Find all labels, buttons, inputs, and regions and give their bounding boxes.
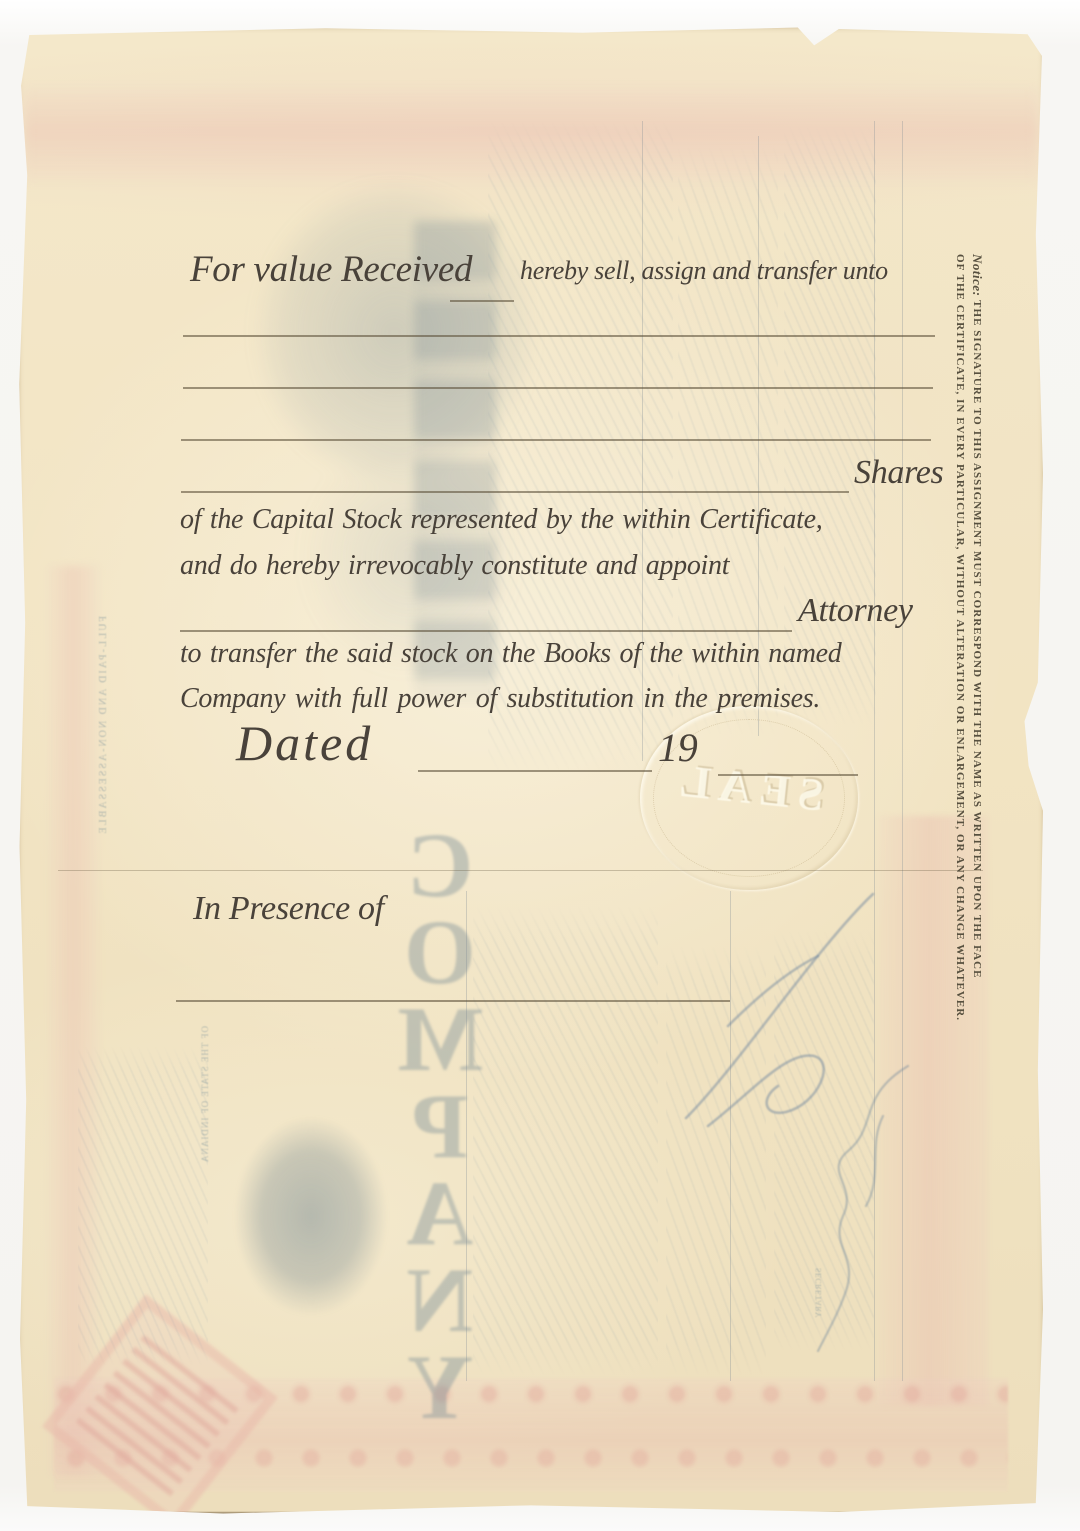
notice-line1-text: THE SIGNATURE TO THIS ASSIGNMENT MUST CO…	[971, 296, 983, 978]
attorney-blank-line	[180, 630, 792, 632]
witness-label: In Presence of	[193, 890, 384, 928]
bleed-officer-signature-mirrored	[788, 1056, 928, 1366]
assignment-body-line2: and do hereby irrevocably constitute and…	[180, 550, 729, 582]
assignee-name-blank-short	[450, 300, 514, 302]
bleed-handwriting-column	[78, 1046, 208, 1366]
bleed-state-text-mirrored: OF THE STATE OF INDIANA	[200, 1026, 210, 1286]
dated-blank-line	[418, 770, 652, 772]
bleed-seal-vignette	[222, 1100, 400, 1332]
bleed-company-name-mirrored: COMPANY	[384, 822, 496, 1431]
assignee-write-line	[183, 387, 933, 389]
section-divider-rule	[58, 870, 983, 871]
bleed-corner-cartouche	[42, 1294, 278, 1530]
scanned-certificate-back: { "assignment": { "opening_left": "For v…	[0, 0, 1080, 1531]
signature-notice: Notice: THE SIGNATURE TO THIS ASSIGNMENT…	[944, 254, 986, 1044]
assignment-opening-right: hereby sell, assign and transfer unto	[520, 256, 888, 286]
assignment-body-line3: to transfer the said stock on the Books …	[180, 638, 841, 670]
bleed-handwriting-column	[473, 906, 658, 1376]
bleed-left-border-band	[48, 566, 98, 1476]
attorney-label: Attorney	[798, 592, 913, 630]
assignment-body-line4: Company with full power of substitution …	[180, 683, 820, 715]
bleed-handwriting-column	[488, 121, 673, 771]
year-blank-line	[718, 774, 858, 776]
notice-line1: Notice: THE SIGNATURE TO THIS ASSIGNMENT…	[968, 254, 986, 1044]
notice-prefix: Notice:	[970, 254, 985, 296]
assignment-body-line1: of the Capital Stock represented by the …	[180, 504, 822, 536]
bleed-handwriting-column	[784, 126, 876, 726]
bleed-column-rule	[466, 891, 467, 1381]
bleed-left-edge-text-mirrored: FULL-PAID AND NON-ASSESSABLE	[98, 616, 109, 1116]
dated-label: Dated	[236, 714, 373, 772]
witness-signature-line	[176, 1000, 730, 1002]
assignee-write-line	[181, 439, 931, 441]
bleed-bottom-border-band	[54, 1378, 1008, 1492]
certificate-paper: COMPANY FULL-PAID AND NON-ASSESSABLE OF …	[18, 26, 1044, 1518]
assignment-opening-left: For value Received	[190, 248, 472, 291]
bleed-top-border-band	[24, 88, 1038, 182]
shares-label: Shares	[854, 454, 944, 492]
shares-blank-line	[181, 491, 849, 493]
bleed-title-strip	[414, 221, 496, 701]
year-prefix: 19	[658, 724, 697, 771]
notice-line2: OF THE CERTIFICATE, IN EVERY PARTICULAR,…	[951, 254, 968, 1044]
assignee-write-line	[183, 335, 935, 337]
